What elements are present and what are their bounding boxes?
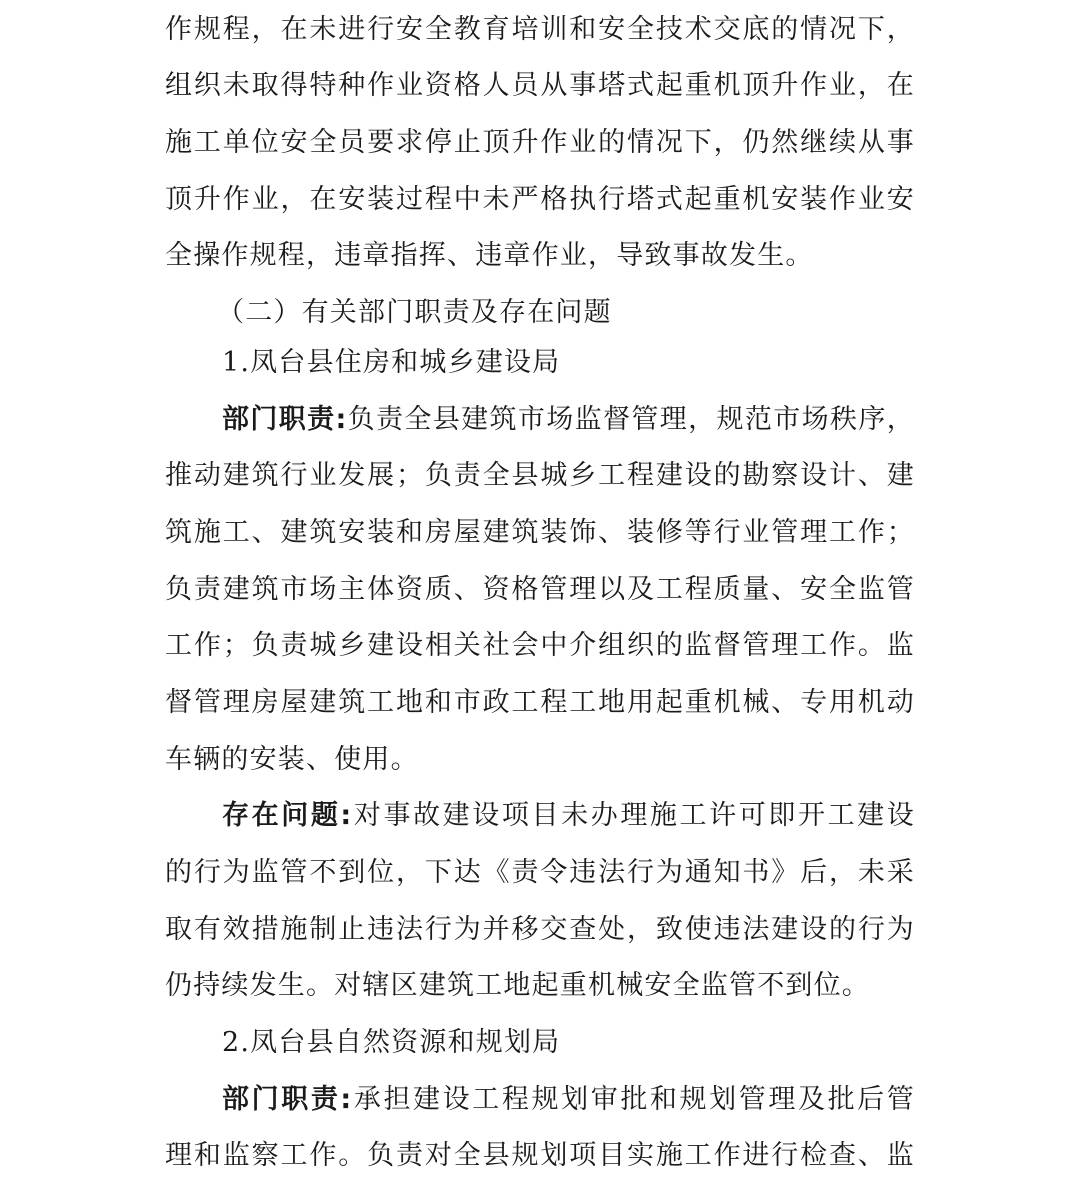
- duties-label: 部门职责:: [222, 1084, 352, 1115]
- department-1-duties-line-3: 筑施工、建筑安装和房屋建筑装饰、装修等行业管理工作；: [165, 513, 915, 553]
- problems-text: 对事故建设项目未办理施工许可即开工建设: [352, 800, 915, 831]
- cause-line-3: 施工单位安全员要求停止顶升作业的情况下，仍然继续从事: [165, 123, 915, 163]
- department-2-duties-first-line: 部门职责:承担建设工程规划审批和规划管理及批后管: [222, 1080, 915, 1120]
- department-1-title: 1.凤台县住房和城乡建设局: [222, 343, 560, 383]
- duties-text: 承担建设工程规划审批和规划管理及批后管: [352, 1084, 915, 1115]
- department-1-problems-line-2: 的行为监管不到位，下达《责令违法行为通知书》后，未采: [165, 853, 915, 893]
- cause-line-2: 组织未取得特种作业资格人员从事塔式起重机顶升作业，在: [165, 66, 915, 106]
- cause-line-4: 顶升作业，在安装过程中未严格执行塔式起重机安装作业安: [165, 180, 915, 220]
- cause-line-1: 作规程，在未进行安全教育培训和安全技术交底的情况下，: [165, 10, 915, 50]
- department-1-duties-first-line: 部门职责:负责全县建筑市场监督管理，规范市场秩序，: [222, 400, 915, 440]
- department-2-duties-line-2: 理和监察工作。负责对全县规划项目实施工作进行检查、监: [165, 1136, 915, 1176]
- department-1-problems-line-3: 取有效措施制止违法行为并移交查处，致使违法建设的行为: [165, 910, 915, 950]
- department-2-title: 2.凤台县自然资源和规划局: [222, 1023, 560, 1063]
- duties-text: 负责全县建筑市场监督管理，规范市场秩序，: [348, 404, 916, 435]
- department-1-duties-line-7: 车辆的安装、使用。: [165, 740, 419, 780]
- department-1-problems-first-line: 存在问题:对事故建设项目未办理施工许可即开工建设: [222, 796, 915, 836]
- section-heading: （二）有关部门职责及存在问题: [217, 293, 612, 333]
- department-1-problems-line-4: 仍持续发生。对辖区建筑工地起重机械安全监管不到位。: [165, 966, 870, 1006]
- department-1-duties-line-2: 推动建筑行业发展；负责全县城乡工程建设的勘察设计、建: [165, 456, 915, 496]
- duties-label: 部门职责:: [222, 404, 348, 435]
- problems-label: 存在问题:: [222, 800, 352, 831]
- department-1-duties-line-4: 负责建筑市场主体资质、资格管理以及工程质量、安全监管: [165, 570, 915, 610]
- cause-line-5: 全操作规程，违章指挥、违章作业，导致事故发生。: [165, 236, 814, 276]
- department-1-duties-line-5: 工作；负责城乡建设相关社会中介组织的监督管理工作。监: [165, 626, 915, 666]
- department-1-duties-line-6: 督管理房屋建筑工地和市政工程工地用起重机械、专用机动: [165, 683, 915, 723]
